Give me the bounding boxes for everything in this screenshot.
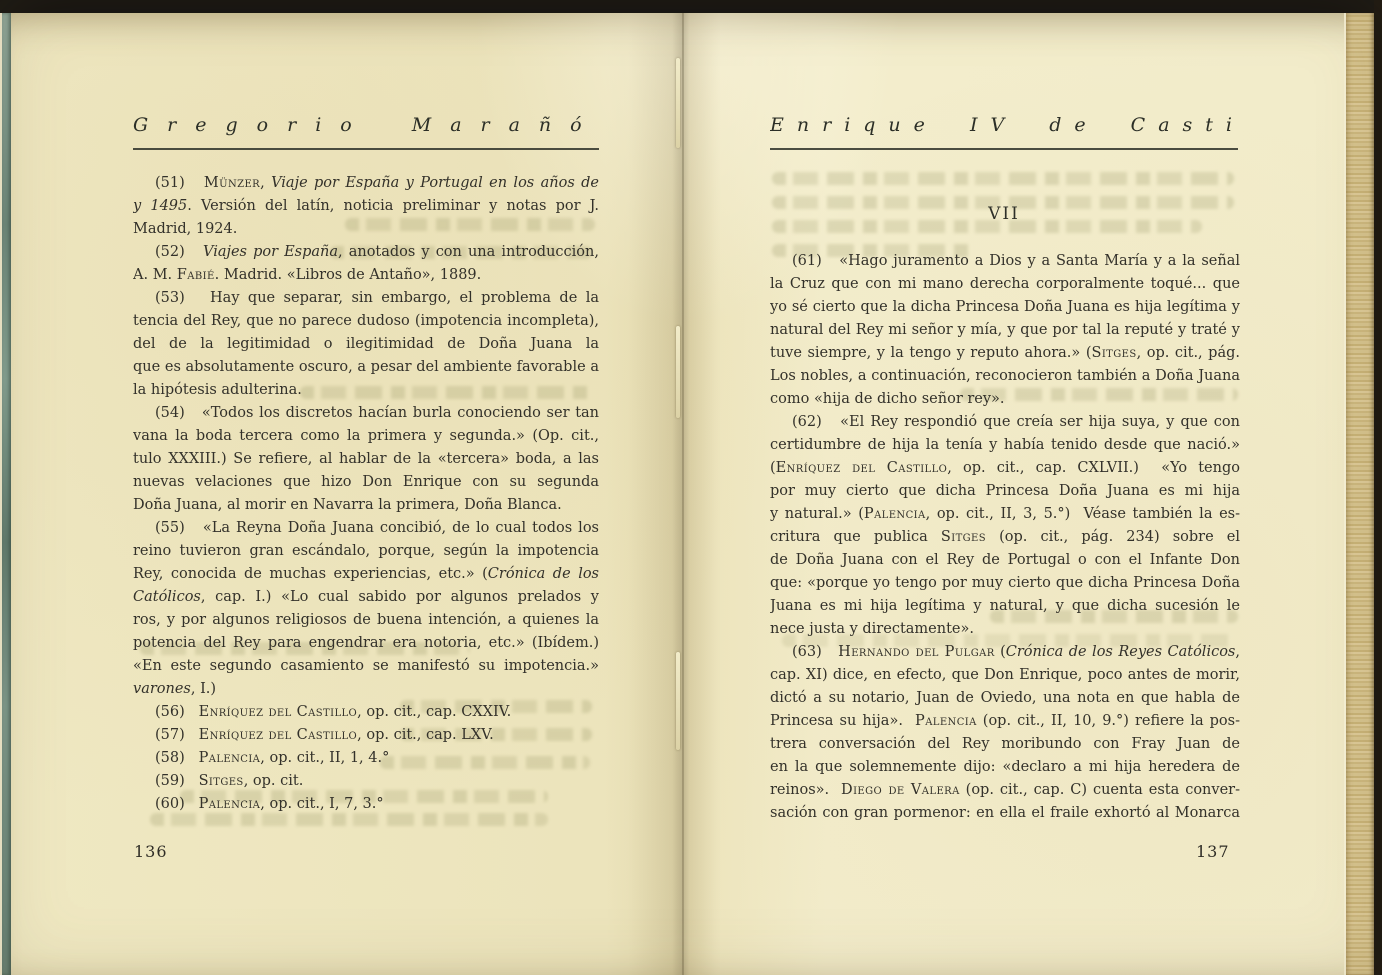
text-line: de Doña Juana con el Rey de Portugal o c… [770, 549, 1240, 572]
body-text: (59) [155, 773, 199, 789]
footnote: (58) Palencia, op. cit., II, 1, 4.° [133, 747, 599, 770]
smallcaps-name: Enríquez del Castillo [776, 460, 948, 476]
text-line: Católicos, cap. I.) «Lo cual sabido por … [133, 586, 599, 609]
italic-text: Crónica de los Reyes Católicos [1006, 644, 1236, 660]
body-text: Juana es mi hija legítima y natural, y q… [770, 598, 1240, 618]
body-text: que: «porque yo tengo por muy cierto que… [770, 575, 1240, 591]
body-text: sación con gran pormenor: en ella el fra… [770, 805, 1240, 825]
body-text: por muy cierto que dicha Princesa Doña J… [770, 483, 1240, 503]
body-text: reino tuvieron gran escándalo, porque, s… [133, 543, 599, 563]
body-text: «En este segundo casamiento se manifestó… [133, 658, 599, 678]
text-line: y 1495. Versión del latín, noticia preli… [133, 195, 599, 218]
body-text: natural del Rey mi señor y mía, y que po… [770, 322, 1240, 338]
gutter-crease [682, 13, 684, 975]
footnote: (52) Viajes por España, anotados y con u… [133, 241, 599, 287]
text-line: Rey, conocida de muchas experiencias, et… [133, 563, 599, 586]
body-text: tuve siempre, y la tengo y reputo ahora.… [770, 345, 1091, 361]
text-line: nece justa y directamente». [770, 618, 1240, 641]
chapter-heading: VII [770, 204, 1238, 224]
show-through-ghost [772, 172, 1234, 185]
body-text: (62) «El Rey respondió que creía ser hij… [770, 414, 1240, 434]
text-line: varones, I.) [133, 678, 599, 701]
footnote: (53) Hay que separar, sin embargo, el pr… [133, 287, 599, 402]
text-line: (58) Palencia, op. cit., II, 1, 4.° [133, 747, 599, 770]
body-text: como «hija de dicho señor rey». [770, 391, 1005, 407]
smallcaps-name: Münzer [204, 175, 260, 191]
gutter-shadow [628, 13, 744, 975]
text-line: (63) Hernando del Pulgar (Crónica de los… [770, 641, 1240, 664]
text-line: tuve siempre, y la tengo y reputo ahora.… [770, 342, 1240, 365]
text-line: (Enríquez del Castillo, op. cit., cap. C… [770, 457, 1240, 480]
body-text: dictó a su notario, Juan de Oviedo, una … [770, 690, 1240, 710]
body-text: Princesa su hija». [770, 713, 915, 729]
smallcaps-name: Palencia [915, 713, 977, 729]
text-line: vana la boda tercera como la primera y s… [133, 425, 599, 448]
text-line: A. M. Fabié. Madrid. «Libros de Antaño»,… [133, 264, 599, 287]
right-running-head: Enrique IV de Castilla [770, 114, 1238, 150]
body-text: , I.) [191, 681, 216, 697]
body-text: Los nobles, a continuación, reconocieron… [770, 368, 1240, 384]
body-text: y natural.» ( [770, 506, 864, 522]
body-text: vana la boda tercera como la primera y s… [133, 428, 599, 448]
text-line: por muy cierto que dicha Princesa Doña J… [770, 480, 1240, 503]
footnote: (61) «Hago juramento a Dios y a Santa Ma… [770, 250, 1240, 411]
body-text: (56) [155, 704, 199, 720]
text-line: «En este segundo casamiento se manifestó… [133, 655, 599, 678]
text-line: dictó a su notario, Juan de Oviedo, una … [770, 687, 1240, 710]
body-text: tencia del Rey, que no parece dudoso (im… [133, 313, 599, 329]
body-text: nece justa y directamente». [770, 621, 974, 637]
body-text: reinos». [770, 782, 841, 798]
smallcaps-name: Palencia [199, 796, 261, 812]
smallcaps-name: Sitges [199, 773, 244, 789]
scan-background-top [0, 0, 1382, 13]
body-text: certidumbre de hija la tenía y había ten… [770, 437, 1240, 453]
right-page-number: 137 [1196, 842, 1230, 861]
smallcaps-name: Sitges [1091, 345, 1136, 361]
text-line: del de la legitimidad o ilegitimidad de … [133, 333, 599, 356]
body-text: , op. cit., cap. CXLVII.) «Yo tengo [947, 460, 1240, 476]
smallcaps-name: Diego de Valera [841, 782, 960, 798]
text-line: ros, y por algunos religiosos de buena i… [133, 609, 599, 632]
text-line: trera conversación del Rey moribundo con… [770, 733, 1240, 756]
spine-cloth-edge [2, 13, 11, 975]
body-text: , op. cit., cap. LXV. [357, 727, 494, 743]
left-page-number: 136 [134, 842, 168, 861]
text-line: tulo XXXIII.) Se refiere, al hablar de l… [133, 448, 599, 471]
body-text: , op. cit. [244, 773, 304, 789]
text-line: (56) Enríquez del Castillo, op. cit., ca… [133, 701, 599, 724]
smallcaps-name: Enríquez del Castillo [199, 727, 358, 743]
text-line: Princesa su hija». Palencia (op. cit., I… [770, 710, 1240, 733]
body-text: nuevas velaciones que hizo Don Enrique c… [133, 474, 599, 494]
text-line: como «hija de dicho señor rey». [770, 388, 1240, 411]
body-text: que es absolutamente oscuro, a pesar del… [133, 359, 599, 375]
body-text: . Madrid. «Libros de Antaño», 1889. [215, 267, 482, 283]
footnote: (56) Enríquez del Castillo, op. cit., ca… [133, 701, 599, 724]
text-line: cap. XI) dice, en efecto, que Don Enriqu… [770, 664, 1240, 687]
body-text: potencia del Rey para engendrar era noto… [133, 635, 599, 651]
body-text: (63) [792, 644, 838, 660]
page-edges-stack [1344, 13, 1374, 975]
body-text: (op. cit., cap. C) cuenta esta conver- [960, 782, 1240, 798]
binding-stitch [676, 58, 680, 148]
body-text: la Cruz que con mi mano derecha corporal… [770, 276, 1240, 292]
body-text: (53) Hay que separar, sin embargo, el pr… [133, 290, 599, 310]
text-line: Doña Juana, al morir en Navarra la prime… [133, 494, 599, 517]
smallcaps-name: Hernando del Pulgar [838, 644, 994, 660]
text-line: (55) «La Reyna Doña Juana concibió, de l… [133, 517, 599, 540]
body-text: Madrid, 1924. [133, 221, 237, 237]
text-line: (57) Enríquez del Castillo, op. cit., ca… [133, 724, 599, 747]
left-footnotes-block: (51) Münzer, Viaje por España y Portugal… [133, 172, 599, 816]
italic-text: varones [133, 681, 191, 697]
text-line: Los nobles, a continuación, reconocieron… [770, 365, 1240, 388]
italic-text: y 1495 [133, 198, 187, 214]
body-text: (51) [155, 175, 204, 191]
body-text: , op. cit., II, 1, 4.° [260, 750, 389, 766]
text-line: Juana es mi hija legítima y natural, y q… [770, 595, 1240, 618]
text-line: sación con gran pormenor: en ella el fra… [770, 802, 1240, 825]
text-line: (59) Sitges, op. cit. [133, 770, 599, 793]
book-scan: Gregorio Marañón (51) Münzer, Viaje por … [0, 0, 1382, 975]
right-footnotes-block: (61) «Hago juramento a Dios y a Santa Ma… [770, 250, 1240, 825]
body-text: del de la legitimidad o ilegitimidad de … [133, 336, 599, 356]
body-text: (52) [155, 244, 203, 260]
body-text: tulo XXXIII.) Se refiere, al hablar de l… [133, 451, 599, 467]
body-text: A. M. [133, 267, 177, 283]
smallcaps-name: Enríquez del Castillo [199, 704, 358, 720]
body-text: ros, y por algunos religiosos de buena i… [133, 612, 599, 632]
body-text: (61) «Hago juramento a Dios y a Santa Ma… [770, 253, 1240, 273]
smallcaps-name: Palencia [199, 750, 261, 766]
body-text: cap. XI) dice, en efecto, que Don Enriqu… [770, 667, 1240, 683]
text-line: (51) Münzer, Viaje por España y Portugal… [133, 172, 599, 195]
body-text: Doña Juana, al morir en Navarra la prime… [133, 497, 562, 513]
body-text: , [1235, 644, 1240, 660]
body-text: critura que publica [770, 529, 941, 545]
text-line: (53) Hay que separar, sin embargo, el pr… [133, 287, 599, 310]
body-text: Rey, conocida de muchas experiencias, et… [133, 566, 488, 582]
binding-stitch [676, 652, 680, 750]
text-line: (60) Palencia, op. cit., I, 7, 3.° [133, 793, 599, 816]
scan-background-right [1374, 0, 1382, 975]
right-running-head-text: Enrique IV de Castilla [770, 114, 1238, 136]
body-text: trera conversación del Rey moribundo con… [770, 736, 1240, 756]
left-running-head-text: Gregorio Marañón [133, 114, 599, 136]
binding-stitch [676, 326, 680, 418]
body-text: , [260, 175, 271, 191]
body-text: (55) «La Reyna Doña Juana concibió, de l… [133, 520, 599, 540]
body-text: (57) [155, 727, 199, 743]
text-line: certidumbre de hija la tenía y había ten… [770, 434, 1240, 457]
text-line: que: «porque yo tengo por muy cierto que… [770, 572, 1240, 595]
text-line: potencia del Rey para engendrar era noto… [133, 632, 599, 655]
text-line: (61) «Hago juramento a Dios y a Santa Ma… [770, 250, 1240, 273]
text-line: natural del Rey mi señor y mía, y que po… [770, 319, 1240, 342]
body-text: , cap. I.) «Lo cual sabido por algunos p… [133, 589, 599, 609]
text-line: la hipótesis adulterina. [133, 379, 599, 402]
smallcaps-name: Sitges [941, 529, 986, 545]
body-text: de Doña Juana con el Rey de Portugal o c… [770, 552, 1240, 572]
text-line: yo sé cierto que la dicha Princesa Doña … [770, 296, 1240, 319]
text-line: (62) «El Rey respondió que creía ser hij… [770, 411, 1240, 434]
footnote: (59) Sitges, op. cit. [133, 770, 599, 793]
text-line: nuevas velaciones que hizo Don Enrique c… [133, 471, 599, 494]
footnote: (63) Hernando del Pulgar (Crónica de los… [770, 641, 1240, 825]
body-text: la hipótesis adulterina. [133, 382, 302, 398]
body-text: (op. cit., II, 10, 9.°) refiere la pos- [977, 713, 1240, 729]
smallcaps-name: Fabié [177, 267, 215, 283]
text-line: critura que publica Sitges (op. cit., pá… [770, 526, 1240, 549]
left-running-head: Gregorio Marañón [133, 114, 599, 150]
body-text: (58) [155, 750, 199, 766]
body-text: . Versión del latín, noticia preliminar … [187, 198, 599, 214]
footnote: (54) «Todos los discretos hacían burla c… [133, 402, 599, 517]
footnote: (62) «El Rey respondió que creía ser hij… [770, 411, 1240, 641]
italic-text: Viajes por España [203, 244, 338, 260]
text-line: la Cruz que con mi mano derecha corporal… [770, 273, 1240, 296]
italic-text: Católicos [133, 589, 201, 605]
smallcaps-name: Palencia [864, 506, 926, 522]
body-text: ( [995, 644, 1006, 660]
body-text: en la que solemnemente dijo: «declaro a … [770, 759, 1240, 779]
footnote: (57) Enríquez del Castillo, op. cit., ca… [133, 724, 599, 747]
text-line: y natural.» (Palencia, op. cit., II, 3, … [770, 503, 1240, 526]
text-line: Madrid, 1924. [133, 218, 599, 241]
body-text: , op. cit., I, 7, 3.° [260, 796, 383, 812]
body-text: , op. cit., II, 3, 5.°) Véase también la… [926, 506, 1240, 522]
footnote: (51) Münzer, Viaje por España y Portugal… [133, 172, 599, 241]
text-line: en la que solemnemente dijo: «declaro a … [770, 756, 1240, 779]
footnote: (60) Palencia, op. cit., I, 7, 3.° [133, 793, 599, 816]
body-text: yo sé cierto que la dicha Princesa Doña … [770, 299, 1240, 315]
text-line: (52) Viajes por España, anotados y con u… [133, 241, 599, 264]
body-text: , op. cit., cap. CXXIV. [357, 704, 511, 720]
body-text: (54) «Todos los discretos hacían burla c… [155, 405, 599, 421]
text-line: tencia del Rey, que no parece dudoso (im… [133, 310, 599, 333]
text-line: reino tuvieron gran escándalo, porque, s… [133, 540, 599, 563]
text-line: reinos». Diego de Valera (op. cit., cap.… [770, 779, 1240, 802]
footnote: (55) «La Reyna Doña Juana concibió, de l… [133, 517, 599, 701]
text-line: que es absolutamente oscuro, a pesar del… [133, 356, 599, 379]
text-line: (54) «Todos los discretos hacían burla c… [133, 402, 599, 425]
body-text: (60) [155, 796, 199, 812]
